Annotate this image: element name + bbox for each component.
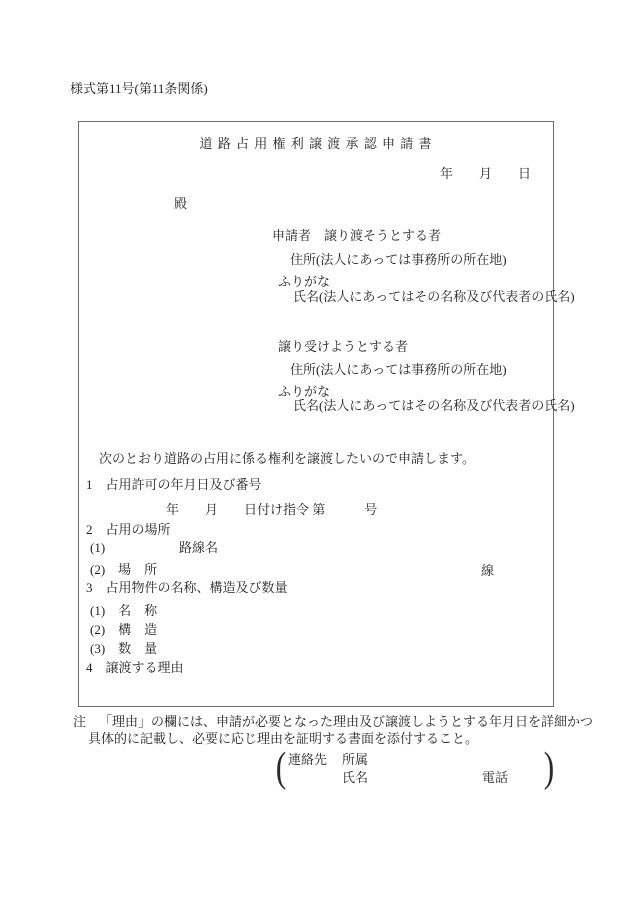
note-marker: 注 [73, 715, 86, 730]
form-title: 道 路 占 用 権 利 譲 渡 承 認 申 請 書 [79, 137, 553, 152]
transferee-heading: 譲り受けようとする者 [278, 340, 408, 355]
item3-1-name-label: (1) 名 称 [90, 604, 157, 619]
item1-date-line: 年 月 日付け指令 第 号 [166, 503, 377, 518]
date-line: 年 月 日 [440, 167, 531, 182]
item2-heading: 2 占用の場所 [86, 523, 171, 538]
item2-2-line-suffix: 線 [481, 564, 494, 579]
contact-phone-label: 電話 [482, 771, 508, 786]
contact-paren-open-icon: ( [276, 746, 287, 790]
transferor-name-label: 氏名(法人にあってはその名称及び代表者の氏名) [293, 290, 575, 305]
item1-heading: 1 占用許可の年月日及び番号 [86, 478, 262, 493]
item2-2-place-label: (2) 場 所 [90, 563, 157, 578]
document-page: 様式第11号(第11条関係) 道 路 占 用 権 利 譲 渡 承 認 申 請 書… [0, 0, 630, 903]
transferee-name-label: 氏名(法人にあってはその名称及び代表者の氏名) [293, 399, 575, 414]
item4-heading: 4 譲渡する理由 [86, 661, 184, 676]
application-form-box: 道 路 占 用 権 利 譲 渡 承 認 申 請 書 年 月 日 殿 申請者 譲り… [78, 121, 554, 707]
transferee-address-label: 住所(法人にあっては事務所の所在地) [290, 363, 507, 378]
form-number-label: 様式第11号(第11条関係) [70, 82, 208, 97]
item3-3-quantity-label: (3) 数 量 [90, 642, 157, 657]
transferor-heading: 申請者 譲り渡そうとする者 [272, 229, 441, 244]
contact-name-label: 氏名 [342, 771, 368, 786]
item3-heading: 3 占用物件の名称、構造及び数量 [86, 581, 288, 596]
transferor-furigana-label: ふりがな [278, 275, 330, 290]
item2-1-route-name-label: 路線名 [179, 541, 218, 556]
item3-2-structure-label: (2) 構 造 [90, 623, 157, 638]
contact-affiliation-label: 所属 [342, 753, 368, 768]
contact-label: 連絡先 [288, 753, 327, 768]
contact-info-group: ( 連絡先 所属 氏名 電話 ) [278, 746, 554, 792]
declaration-sentence: 次のとおり道路の占用に係る権利を譲渡したいので申請します。 [99, 452, 475, 467]
contact-paren-close-icon: ) [544, 746, 555, 790]
transferor-address-label: 住所(法人にあっては事務所の所在地) [290, 253, 507, 268]
item2-1-marker: (1) [90, 541, 105, 556]
addressee-label: 殿 [174, 197, 187, 212]
note-line-1: 「理由」の欄には、申請が必要となった理由及び譲渡しようとする年月日を詳細かつ [99, 715, 593, 730]
